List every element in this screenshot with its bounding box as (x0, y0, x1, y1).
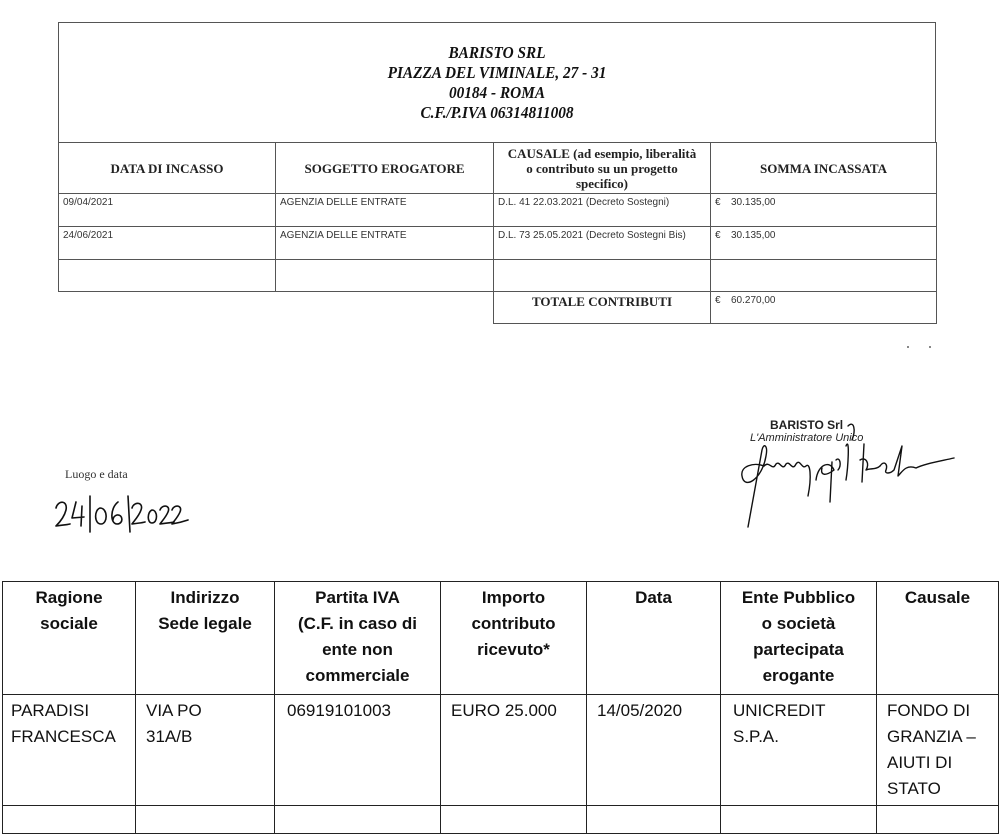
cell-empty (721, 806, 877, 834)
header-ragione-sociale: Ragione sociale (3, 582, 136, 695)
header-ente: Ente Pubblico o società partecipata erog… (721, 582, 877, 695)
table-row: 24/06/2021 AGENZIA DELLE ENTRATE D.L. 73… (59, 227, 937, 260)
spacer (276, 292, 494, 324)
cell-empty (136, 806, 275, 834)
cell-empty (441, 806, 587, 834)
cell-data: 14/05/2020 (587, 695, 721, 806)
total-amount: €60.270,00 (711, 292, 937, 324)
cell-importo: EURO 25.000 (441, 695, 587, 806)
cell-reason: D.L. 73 25.05.2021 (Decreto Sostegni Bis… (494, 227, 711, 260)
state-aid-table: Ragione sociale Indirizzo Sede legale Pa… (2, 581, 999, 834)
cell-empty (877, 806, 999, 834)
header-partita-iva: Partita IVA (C.F. in caso di ente non co… (275, 582, 441, 695)
header-importo: Importo contributo ricevuto* (441, 582, 587, 695)
header-data-incasso: DATA DI INCASSO (59, 143, 276, 194)
table-header-row: DATA DI INCASSO SOGGETTO EROGATORE CAUSA… (59, 143, 937, 194)
total-value: 60.270,00 (731, 295, 776, 306)
company-address: PIAZZA DEL VIMINALE, 27 - 31 (103, 63, 891, 83)
header-indirizzo: Indirizzo Sede legale (136, 582, 275, 695)
header-causale: Causale (877, 582, 999, 695)
amount-value: 30.135,00 (731, 197, 776, 208)
cell-reason: D.L. 41 22.03.2021 (Decreto Sostegni) (494, 194, 711, 227)
cell-empty (587, 806, 721, 834)
currency-symbol: € (715, 196, 731, 209)
cell-amount: €30.135,00 (711, 227, 937, 260)
table-header-row: Ragione sociale Indirizzo Sede legale Pa… (3, 582, 999, 695)
contributions-table: DATA DI INCASSO SOGGETTO EROGATORE CAUSA… (58, 142, 937, 324)
scan-specks (905, 345, 935, 349)
handwritten-date (52, 488, 192, 536)
cell-empty (275, 806, 441, 834)
cell-provider: AGENZIA DELLE ENTRATE (276, 227, 494, 260)
cell-empty (59, 260, 276, 292)
company-tax-id: C.F./P.IVA 06314811008 (103, 103, 891, 123)
total-row: TOTALE CONTRIBUTI €60.270,00 (59, 292, 937, 324)
table-row-empty (3, 806, 999, 834)
table-row-empty (59, 260, 937, 292)
header-soggetto-erogatore: SOGGETTO EROGATORE (276, 143, 494, 194)
cell-partita-iva: 06919101003 (275, 695, 441, 806)
handwritten-signature (730, 420, 960, 535)
place-date-label: Luogo e data (65, 467, 128, 482)
cell-date: 09/04/2021 (59, 194, 276, 227)
cell-empty (494, 260, 711, 292)
amount-value: 30.135,00 (731, 230, 776, 241)
cell-causale: FONDO DI GRANZIA – AIUTI DI STATO (877, 695, 999, 806)
cell-empty (3, 806, 136, 834)
cell-amount: €30.135,00 (711, 194, 937, 227)
header-somma-incassata: SOMMA INCASSATA (711, 143, 937, 194)
company-name: BARISTO SRL (103, 43, 891, 63)
company-header: BARISTO SRL PIAZZA DEL VIMINALE, 27 - 31… (103, 43, 891, 123)
cell-ente: UNICREDIT S.P.A. (721, 695, 877, 806)
cell-provider: AGENZIA DELLE ENTRATE (276, 194, 494, 227)
company-city: 00184 - ROMA (103, 83, 891, 103)
total-label: TOTALE CONTRIBUTI (494, 292, 711, 324)
cell-date: 24/06/2021 (59, 227, 276, 260)
cell-empty (276, 260, 494, 292)
table-row: 09/04/2021 AGENZIA DELLE ENTRATE D.L. 41… (59, 194, 937, 227)
cell-indirizzo: VIA PO 31A/B (136, 695, 275, 806)
table-row: PARADISI FRANCESCA VIA PO 31A/B 06919101… (3, 695, 999, 806)
company-header-box: BARISTO SRL PIAZZA DEL VIMINALE, 27 - 31… (58, 22, 936, 142)
cell-ragione-sociale: PARADISI FRANCESCA (3, 695, 136, 806)
currency-symbol: € (715, 229, 731, 242)
header-causale: CAUSALE (ad esempio, liberalità o contri… (494, 143, 711, 194)
currency-symbol: € (715, 294, 731, 307)
cell-empty (711, 260, 937, 292)
header-data: Data (587, 582, 721, 695)
spacer (59, 292, 276, 324)
